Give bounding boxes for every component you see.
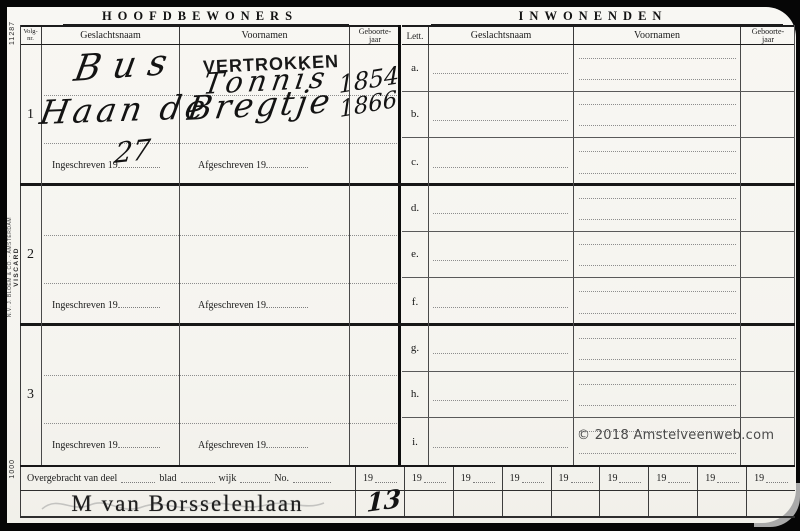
year-cell: 19 xyxy=(404,467,453,490)
column-divider-line xyxy=(573,372,574,418)
column-divider-line xyxy=(428,325,429,371)
dotted-writing-line xyxy=(433,260,568,261)
row-letter: f. xyxy=(402,278,428,325)
no-label: No. xyxy=(274,473,289,484)
dotted-writing-line xyxy=(579,219,736,220)
dotted-blank xyxy=(240,474,270,483)
dotted-writing-line xyxy=(433,120,568,121)
year-prefix: 19 xyxy=(705,473,715,484)
group-number: 2 xyxy=(20,185,41,325)
dotted-writing-line xyxy=(579,104,736,105)
inwonenden-row: e. xyxy=(402,232,795,279)
dotted-writing-line xyxy=(433,167,568,168)
overgebracht-label: Overgebracht van deel xyxy=(27,473,117,484)
dotted-blank xyxy=(717,475,739,483)
bottom-cell: 13 xyxy=(355,491,404,516)
dotted-writing-line xyxy=(44,235,397,236)
dotted-writing-line xyxy=(579,359,736,360)
dotted-blank xyxy=(571,475,593,483)
inwonenden-row: b. xyxy=(402,92,795,139)
bottom-cell xyxy=(453,491,502,516)
dotted-writing-line xyxy=(433,213,568,214)
dotted-blank xyxy=(766,475,788,483)
column-divider-line xyxy=(573,232,574,278)
year-prefix: 19 xyxy=(510,473,520,484)
row-letter: i. xyxy=(402,418,428,465)
dotted-blank xyxy=(375,475,397,483)
column-divider-line xyxy=(179,325,180,465)
print-run-number: 1000 xyxy=(9,459,16,479)
hoofdbewoners-title: HOOFDBEWONERS xyxy=(55,9,345,24)
dotted-blank xyxy=(668,475,690,483)
overgebracht-row: Overgebracht van deel blad wijk No. xyxy=(20,467,355,490)
dotted-writing-line xyxy=(44,375,397,376)
column-divider-line xyxy=(428,185,429,231)
column-divider-line xyxy=(740,185,741,231)
column-header-volgnr: Volg- nr. xyxy=(20,27,41,44)
dotted-writing-line xyxy=(579,265,736,266)
column-divider-line xyxy=(428,232,429,278)
dotted-blank xyxy=(522,475,544,483)
column-divider-line xyxy=(740,278,741,325)
dotted-year-blank xyxy=(266,439,308,448)
bottom-cell xyxy=(551,491,600,516)
dotted-year-blank xyxy=(118,439,160,448)
dotted-blank xyxy=(181,474,215,483)
column-divider-line xyxy=(740,45,741,91)
street-row: M van Borsselenlaan 13 xyxy=(20,490,795,518)
dotted-writing-line xyxy=(579,125,736,126)
bottom-cell xyxy=(697,491,746,516)
column-divider-line xyxy=(573,45,574,91)
year-cells-row: 19 19 19 19 19 19 19 19 19 xyxy=(355,467,795,490)
dotted-year-blank xyxy=(266,159,308,168)
year-prefix: 19 xyxy=(461,473,471,484)
wijk-label: wijk xyxy=(219,473,237,484)
year-prefix: 19 xyxy=(754,473,764,484)
inwonenden-row: a. xyxy=(402,45,795,92)
dotted-year-blank xyxy=(266,299,308,308)
afgeschreven-label: Afgeschreven 19 xyxy=(198,439,308,451)
row-letter: b. xyxy=(402,92,428,138)
dotted-writing-line xyxy=(579,58,736,59)
year-prefix: 19 xyxy=(412,473,422,484)
ingeschreven-label: Ingeschreven 19 xyxy=(52,299,160,311)
inwonenden-row: c. xyxy=(402,138,795,185)
dotted-blank xyxy=(619,475,641,483)
row-letter: d. xyxy=(402,185,428,231)
column-header-voornamen: Voornamen xyxy=(179,27,349,44)
column-divider-line xyxy=(740,372,741,418)
afgeschreven-label: Afgeschreven 19 xyxy=(198,159,308,171)
year-cell: 19 xyxy=(453,467,502,490)
dotted-writing-line xyxy=(579,384,736,385)
dotted-writing-line xyxy=(433,400,568,401)
dotted-blank xyxy=(424,475,446,483)
year-cell: 19 xyxy=(599,467,648,490)
handwritten-ingeschreven-jaar: 27 xyxy=(113,133,152,170)
dotted-writing-line xyxy=(579,173,736,174)
column-divider-line xyxy=(740,325,741,371)
dotted-writing-line xyxy=(579,291,736,292)
ingeschreven-label: Ingeschreven 19 xyxy=(52,439,160,451)
year-prefix: 19 xyxy=(607,473,617,484)
dotted-year-blank xyxy=(118,299,160,308)
printer-brand-text: VISCARD xyxy=(13,247,20,287)
geboorte-line2: jaar xyxy=(369,36,381,44)
column-divider-line xyxy=(428,45,429,91)
column-divider-line xyxy=(740,92,741,138)
dotted-writing-line xyxy=(579,198,736,199)
group-number: 3 xyxy=(20,325,41,465)
column-divider-line xyxy=(428,278,429,325)
dotted-writing-line xyxy=(433,447,568,448)
column-divider-line xyxy=(573,418,574,465)
copyright-watermark: © 2018 Amstelveenweb.com xyxy=(577,428,774,443)
bottom-cell xyxy=(648,491,697,516)
year-cell: 19 xyxy=(551,467,600,490)
handwritten-geslachtsnaam: Bus xyxy=(71,41,182,90)
inwonenden-row: g. xyxy=(402,325,795,372)
column-divider-line xyxy=(573,92,574,138)
hoofdbewoners-header-row: Volg- nr. Geslachtsnaam Voornamen Geboor… xyxy=(20,25,400,45)
ingeschreven-text: Ingeschreven 19 xyxy=(52,440,118,451)
afgeschreven-text: Afgeschreven 19 xyxy=(198,440,266,451)
column-divider-line xyxy=(740,232,741,278)
inwonenden-header-row: Lett. Geslachtsnaam Voornamen Geboorte- … xyxy=(402,25,795,45)
column-divider-line xyxy=(349,325,350,465)
dotted-writing-line xyxy=(433,73,568,74)
dotted-blank xyxy=(121,474,155,483)
column-divider-line xyxy=(573,185,574,231)
column-divider-line xyxy=(428,138,429,185)
inwonenden-row: d. xyxy=(402,185,795,232)
ingeschreven-text: Ingeschreven 19 xyxy=(52,160,118,171)
year-prefix: 19 xyxy=(656,473,666,484)
year-cell: 19 xyxy=(746,467,795,490)
bottom-cell xyxy=(746,491,795,516)
bottom-cell xyxy=(599,491,648,516)
inwonenden-row: f. xyxy=(402,278,795,325)
population-register-card: 11287 N.V. J. BLOEM & CO. - AMSTERDAM VI… xyxy=(7,7,796,523)
street-stamp-cell: M van Borsselenlaan xyxy=(20,491,355,516)
column-divider-line xyxy=(428,92,429,138)
row-letter: h. xyxy=(402,372,428,418)
year-cell: 19 xyxy=(502,467,551,490)
column-divider-line xyxy=(428,372,429,418)
ingeschreven-text: Ingeschreven 19 xyxy=(52,300,118,311)
dotted-writing-line xyxy=(579,79,736,80)
column-header-voornamen: Voornamen xyxy=(573,27,740,44)
hoofdbewoners-group-2: 2 Ingeschreven 19 Afgeschreven 19 xyxy=(20,185,400,325)
street-name-stamp: M van Borsselenlaan xyxy=(71,491,303,517)
row-letter: a. xyxy=(402,45,428,91)
column-divider-line xyxy=(573,278,574,325)
scanned-register-page: 11287 N.V. J. BLOEM & CO. - AMSTERDAM VI… xyxy=(0,0,800,531)
handwritten-house-number: 13 xyxy=(366,484,401,518)
column-divider-line xyxy=(41,185,42,325)
year-prefix: 19 xyxy=(363,473,373,484)
row-letter: e. xyxy=(402,232,428,278)
year-cell: 19 xyxy=(648,467,697,490)
blad-label: blad xyxy=(159,473,176,484)
row-letter: g. xyxy=(402,325,428,371)
handwritten-voornamen: Bregtje xyxy=(185,81,336,128)
column-divider-line xyxy=(573,138,574,185)
bottom-cells: 13 xyxy=(355,491,795,516)
dotted-writing-line xyxy=(579,338,736,339)
afgeschreven-text: Afgeschreven 19 xyxy=(198,300,266,311)
column-divider-line xyxy=(573,325,574,371)
inwonenden-row: h. xyxy=(402,372,795,419)
dotted-writing-line xyxy=(579,151,736,152)
column-header-geboortejaar: Geboorte- jaar xyxy=(349,27,400,44)
dotted-writing-line xyxy=(44,143,397,144)
dotted-writing-line xyxy=(579,405,736,406)
dotted-writing-line xyxy=(433,307,568,308)
column-header-geslachtsnaam: Geslachtsnaam xyxy=(428,27,573,44)
volgnr-line2: nr. xyxy=(27,36,34,43)
bottom-cell xyxy=(404,491,453,516)
bottom-cell xyxy=(502,491,551,516)
year-prefix: 19 xyxy=(559,473,569,484)
dotted-blank xyxy=(293,474,331,483)
column-divider-line xyxy=(349,185,350,325)
dotted-writing-line xyxy=(579,313,736,314)
column-divider-line xyxy=(428,418,429,465)
column-divider-line xyxy=(41,325,42,465)
form-serial-number: 11287 xyxy=(9,21,16,45)
dotted-writing-line xyxy=(579,453,736,454)
afgeschreven-label: Afgeschreven 19 xyxy=(198,299,308,311)
dotted-writing-line xyxy=(433,353,568,354)
column-header-geboortejaar: Geboorte- jaar xyxy=(740,27,795,44)
dotted-blank xyxy=(473,475,495,483)
year-cell: 19 xyxy=(697,467,746,490)
inwonenden-title: INWONENDEN xyxy=(443,9,743,24)
dotted-writing-line xyxy=(579,244,736,245)
dotted-writing-line xyxy=(44,423,397,424)
group-number: 1 xyxy=(20,45,41,185)
row-letter: c. xyxy=(402,138,428,185)
column-divider-line xyxy=(740,138,741,185)
dotted-writing-line xyxy=(44,283,397,284)
geboorte-line2: jaar xyxy=(762,36,774,44)
afgeschreven-text: Afgeschreven 19 xyxy=(198,160,266,171)
column-divider-line xyxy=(179,185,180,325)
column-header-geslachtsnaam: Geslachtsnaam xyxy=(41,27,179,44)
printer-imprint: N.V. J. BLOEM & CO. - AMSTERDAM VISCARD xyxy=(7,167,20,367)
hoofdbewoners-group-3: 3 Ingeschreven 19 Afgeschreven 19 xyxy=(20,325,400,465)
column-header-lett: Lett. xyxy=(402,27,428,44)
